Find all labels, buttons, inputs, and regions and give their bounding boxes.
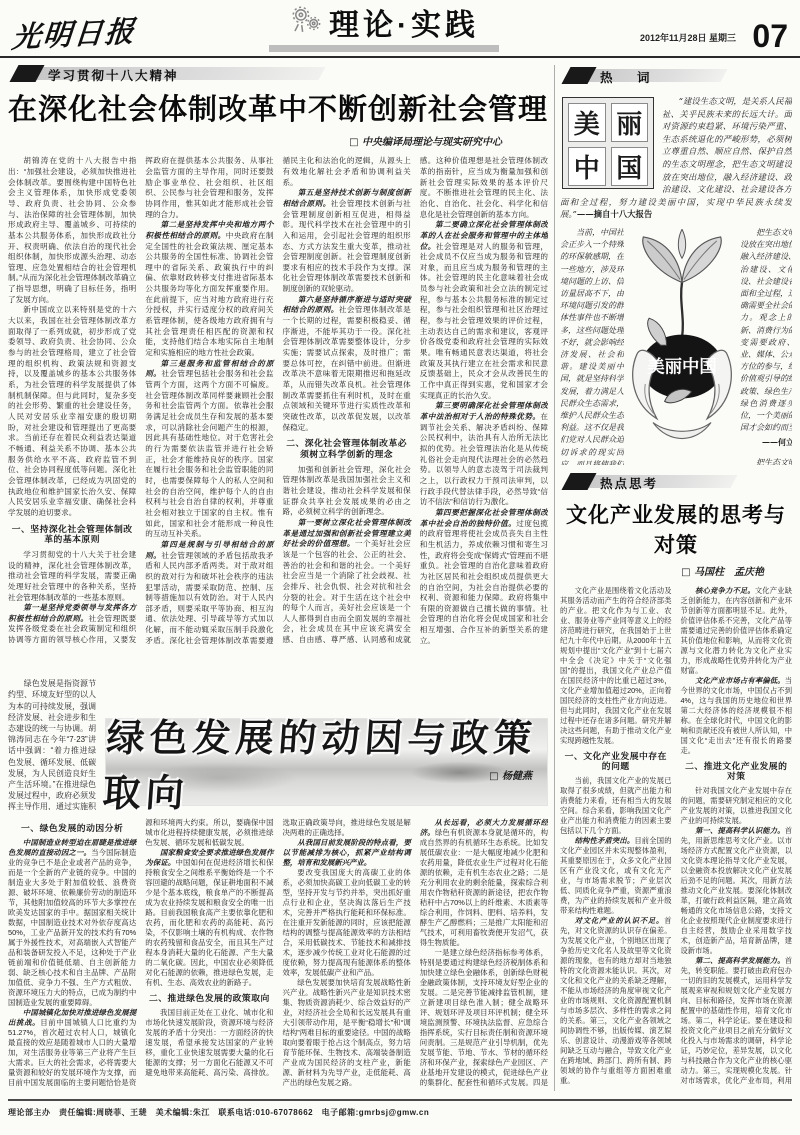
article-paragraph: 结构性矛盾突出。目前全国的文化产业园区并未实现整体盈利，其重要原因在于，众多文化… bbox=[560, 836, 672, 916]
green-article-byline: □ 杨健燕 bbox=[489, 767, 532, 782]
hot-topic-tab-label: 热点思考 bbox=[600, 474, 658, 492]
paragraph-lead: 核心竞争力不足。 bbox=[695, 586, 755, 595]
article-paragraph: 针对我国文化产业发展中存在的问题，需要研究制定相应的文化产业发展的对策，以推进我… bbox=[681, 786, 793, 826]
section-underline bbox=[269, 45, 499, 52]
green-article-body: 一、绿色发展的动因分析中国制造业转型迫在眉睫是推进绿色发展的直接动因之一。当今国… bbox=[8, 818, 548, 1090]
illustration-wrap: 美丽中国 bbox=[624, 227, 740, 465]
masthead: 光明日报 理论·实 bbox=[0, 0, 800, 58]
article-paragraph: 第三要明确深化社会管理体制改革中法治相对于人治的特殊优势。在调节社会关系、解决矛… bbox=[420, 401, 548, 508]
main-article-body: 胡锦涛在党的十八大报告中指出：“加强社会建设，必须加快推进社会体制改革。要围绕构… bbox=[8, 156, 548, 656]
footer-credits: 理论部主办 责任编辑:周晓菲、王琎 美术编辑:朱江 联系电话:010-67078… bbox=[8, 1099, 792, 1135]
paragraph-lead: 结构性矛盾突出。 bbox=[575, 836, 635, 845]
paragraph-lead: 第三要明确深化社会管理体制改革中法治相对于人治的特殊优势。 bbox=[420, 401, 548, 421]
hot-topic-title: 文化产业发展的思考与对策 bbox=[560, 499, 792, 559]
main-article-title: 在深化社会体制改革中不断创新社会管理 bbox=[8, 91, 548, 127]
green-article-banner-image: 绿色发展的动因与政策取向 □ 杨健燕 bbox=[105, 718, 548, 806]
article-paragraph: 中国制造业转型迫在眉睫是推进绿色发展的直接动因之一。当今国际制造业的竞争已不是企… bbox=[8, 838, 136, 1008]
article-paragraph: 新中国成立以来特别是党的十六大以来，我国在社会管理体制改革方面取得了一系列成就，… bbox=[8, 305, 136, 518]
vertical-divider bbox=[554, 65, 555, 1091]
green-article-title: 绿色发展的动因与政策取向 bbox=[102, 718, 551, 806]
sidebar: 热 词 美 丽 中 国 “建设生态文明，是关系人民福祉、关乎民族未来的长远大计。… bbox=[560, 63, 792, 1091]
article-paragraph: 第六是坚持循序渐进与适时突破相结合的原则。社会管理体制改革是一个长期的过程，需要… bbox=[283, 295, 411, 434]
paragraph-lead: 第四要把握深化社会管理体制改革中社会自治的独特价值。 bbox=[420, 508, 548, 528]
page-number: 07 bbox=[736, 20, 788, 52]
seedling-hands-illustration: 美丽中国 bbox=[624, 229, 740, 447]
article-paragraph: 第四要把握深化社会管理体制改革中社会自治的独特价值。过度包揽的政府管理将使社会成… bbox=[420, 508, 548, 647]
article-paragraph: 第一、提高科学认识能力。首先，用新思维思考文化产业。以市场经济方式配置文化产业资… bbox=[681, 826, 793, 956]
green-article-intro: 绿色发展是指资源节约型、环境友好型的以人为本的可持续发展，强调经济发展、社会进步… bbox=[8, 672, 96, 810]
paragraph-lead: 第一是坚持党委领导与发挥各方积极性相结合的原则。 bbox=[8, 603, 136, 623]
main-article-byline: □ 中央编译局理论与现实研究中心 bbox=[8, 133, 548, 148]
paragraph-lead: 第五是坚持技术创新与制度创新相结合原则。 bbox=[283, 188, 411, 208]
comments-left-column: 当前，中国社会正步入一个特殊的环保敏感期，在一些地方，涉及环境问题的上访、信访量… bbox=[560, 227, 624, 465]
newspaper-logo: 光明日报 bbox=[10, 6, 183, 56]
article-paragraph: 当前，中国社会正步入一个特殊的环保敏感期，在一些地方，涉及环境问题的上访、信访量… bbox=[560, 227, 624, 465]
hot-words-tab-label: 热 词 bbox=[600, 68, 656, 86]
article-paragraph: 胡锦涛在党的十八大报告中指出：“加强社会建设，必须加快推进社会体制改革。要围绕构… bbox=[8, 156, 136, 305]
dateline: 2012年11月28日 星期三 bbox=[586, 31, 736, 52]
article-paragraph: 第三是服务和监管相结合的原则。社会管理包括社会服务和社会监管两个方面，这两个方面… bbox=[145, 359, 273, 540]
article-paragraph: 对文化产业的认识不足。首先，对文化资源的认识存在偏差。为发展文化产业，个别地区出… bbox=[560, 916, 672, 1086]
paragraph-lead: 从长远看，必须大力发展循环经济。 bbox=[420, 818, 548, 837]
paragraph-lead: 中国城镇化加快对推进绿色发展提出挑战。 bbox=[8, 1008, 136, 1027]
article-paragraph: 绿色发展要加快培育发展战略性新兴产业。战略性新兴产业是知识技术密集、物质资源消耗… bbox=[283, 978, 411, 1088]
beautiful-china-badge: 美 丽 中 国 bbox=[562, 97, 654, 189]
article-paragraph: 第二要确立深化社会管理体制改革的人在社会服务和管理中的主体地位。社会管理是对人的… bbox=[420, 220, 548, 401]
section-subhead: 一、文化产业发展中存在的问题 bbox=[560, 751, 672, 771]
hot-topic-tab: 热点思考 bbox=[560, 473, 792, 491]
section-subhead: 二、推进文化产业发展的对策 bbox=[681, 761, 793, 781]
article-paragraph: 加强和创新社会管理，深化社会管理体制改革是我国加强社会主义和谐社会建设，推动社会… bbox=[283, 465, 411, 518]
hot-words-tab: 热 词 bbox=[560, 67, 792, 85]
comments-right-column: 把生态文明建设放在突出地位，融入经济建设、政治建设、文化建设、社会建设各方面和全… bbox=[740, 227, 792, 465]
page-content: 学习贯彻十八大精神 在深化社会体制改革中不断创新社会管理 □ 中央编译局理论与现… bbox=[0, 58, 800, 1091]
article-paragraph: 国家粮食安全要求推进绿色发展作为保证。中国如何在促进经济增长和保持粮食安全之间维… bbox=[145, 848, 273, 988]
gears-icon bbox=[289, 5, 323, 40]
section-subhead: 一、绿色发展的动因分析 bbox=[8, 823, 136, 833]
section-subhead: 二、推进绿色发展的政策取向 bbox=[145, 993, 273, 1003]
quote-source: ——摘自十八大报告 bbox=[577, 209, 652, 219]
section-subhead: 二、深化社会管理体制改革必须树立科学创新的理念 bbox=[283, 438, 411, 459]
series-tag: 学习贯彻十八大精神 bbox=[8, 65, 348, 83]
hot-words-feature: 美 丽 中 国 “建设生态文明，是关系人民福祉、关乎民族未来的长远大计。面对资源… bbox=[560, 93, 792, 221]
paragraph-lead: 第四是规制与引导相结合的原则。 bbox=[145, 540, 273, 560]
article-paragraph: 文化产业市场占有率偏低。当今世界的文化市场，中国仅占不到4%，这与我国的历史地位… bbox=[681, 676, 793, 756]
paragraph-lead: 第三是服务和监管相结合的原则。 bbox=[145, 359, 273, 379]
article-paragraph: 从长远看，必须大力发展循环经济。绿色有机资源本身就是循环的，构成自然界的有机循环… bbox=[420, 818, 548, 948]
article-paragraph: 把生态文明建设放在突出地位，融入经济建设、政治建设、文化建设、社会建设各方面和全… bbox=[740, 227, 792, 434]
paragraph-lead: 第六是坚持循序渐进与适时突破相结合的原则。 bbox=[283, 295, 411, 315]
paragraph-lead: 国家粮食安全要求推进绿色发展作为保证。 bbox=[145, 848, 273, 867]
badge-char: 国 bbox=[611, 147, 649, 186]
green-article-top: 绿色发展是指资源节约型、环境友好型的以人为本的可持续发展，强调经济发展、社会进步… bbox=[8, 672, 548, 810]
paragraph-lead: 中国制造业转型迫在眉睫是推进绿色发展的直接动因之一。 bbox=[8, 838, 136, 857]
paragraph-lead: 第二要确立深化社会管理体制改革的人在社会服务和管理中的主体地位。 bbox=[420, 220, 548, 250]
hot-topic-body: 文化产业是围绕着文化活动及其服务活动而产生的符合经济部类的产业。把文化作为与工业… bbox=[560, 586, 792, 1091]
illustration-label: 美丽中国 bbox=[647, 356, 717, 376]
hot-words-comments: 当前，中国社会正步入一个特殊的环保敏感期，在一些地方，涉及环境问题的上访、信访量… bbox=[560, 227, 792, 465]
paragraph-lead: 第二是坚持发挥中央和地方两个积极性相结合的原则。 bbox=[145, 220, 273, 240]
paragraph-lead: 对文化产业的认识不足。 bbox=[575, 916, 665, 925]
article-paragraph: 核心竞争力不足。文化产业缺乏创新能力，在内容创新和产业环节创新等方面都明显不足。… bbox=[681, 586, 793, 676]
paragraph-lead: 文化产业市场占有率偏低。 bbox=[695, 676, 785, 685]
article-paragraph: 当前，我国文化产业的发展已取得了很多成绩，但就产出能力和消费能力来看，还有相当大… bbox=[560, 776, 672, 836]
paragraph-lead: 第二、提高科学发展能力。 bbox=[695, 956, 785, 965]
article-paragraph: 第五是坚持技术创新与制度创新相结合原则。社会管理技术创新与社会管理制度创新相互促… bbox=[283, 188, 411, 295]
badge-char: 丽 bbox=[611, 103, 649, 142]
article-paragraph: 要改变我国庞大的高碳工业的体系，必须加快高碳工业向低碳工业的转型，坚持开发与节约… bbox=[283, 868, 411, 978]
article-paragraph: 把生态文明建设摆在总体布局的高度来论述，表明我们党对中国特色社会主义总体布局的认… bbox=[740, 457, 792, 465]
paragraph-lead: 第一要树立深化社会管理体制改革是通过加强和创新社会管理建立美好社会的价值理想。 bbox=[283, 518, 411, 548]
section-title: 理论·实践 bbox=[329, 0, 479, 44]
newspaper-page: 光明日报 理论·实 bbox=[0, 0, 800, 1135]
series-tag-label: 学习贯彻十八大精神 bbox=[48, 66, 179, 84]
section-subhead: 一、坚持深化社会管理体制改革的基本原则 bbox=[8, 524, 136, 545]
article-paragraph: 从我国目前发展阶段的特点看，要以节能减排为核心，抓紧产业结构调整，培育和发展新兴… bbox=[283, 838, 411, 868]
article-paragraph: 第二是坚持发挥中央和地方两个积极性相结合的原则。中央政府在制定全国性的社会政策法… bbox=[145, 220, 273, 359]
left-region: 学习贯彻十八大精神 在深化社会体制改革中不断创新社会管理 □ 中央编译局理论与现… bbox=[8, 63, 548, 1091]
hot-topic-byline: □ 马国柱 孟庆艳 bbox=[560, 563, 792, 578]
paragraph-lead: 第一、提高科学认识能力。 bbox=[695, 826, 785, 835]
badge-char: 美 bbox=[568, 103, 606, 142]
comment-attribution: ——何立富 bbox=[740, 436, 792, 448]
badge-char: 中 bbox=[568, 147, 606, 186]
article-paragraph: 文化产业是围绕着文化活动及其服务活动而产生的符合经济部类的产业。把文化作为与工业… bbox=[560, 586, 672, 746]
article-paragraph: 学习贯彻党的十八大关于社会建设的精神，深化社会管理体制改革，推动社会管理的科学发… bbox=[8, 550, 136, 603]
section-header: 理论·实践 bbox=[182, 0, 586, 52]
paragraph-lead: 从我国目前发展阶段的特点看，要以节能减排为核心，抓紧产业结构调整，培育和发展新兴… bbox=[283, 838, 411, 867]
